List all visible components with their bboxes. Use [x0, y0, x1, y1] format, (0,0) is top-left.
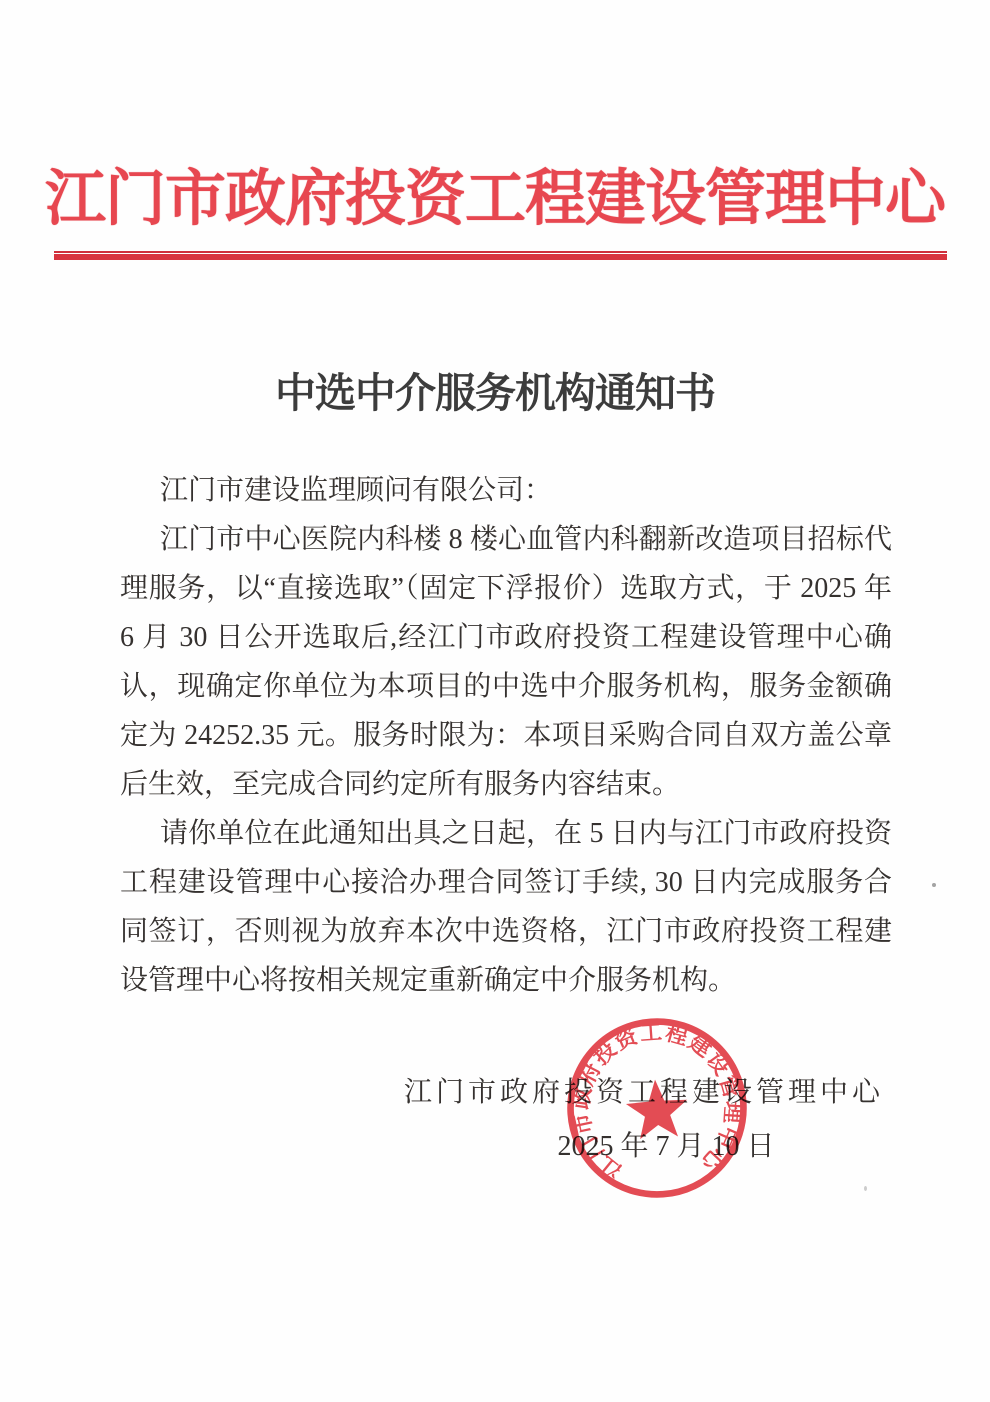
letterhead-title: 江门市政府投资工程建设管理中心 — [0, 150, 990, 237]
official-seal: 江门市政府投资工程建设管理中心 — [556, 1006, 759, 1211]
recipient-salutation: 江门市建设监理顾问有限公司： — [120, 466, 892, 515]
scan-artifact-dot — [932, 883, 936, 887]
body-paragraph: 江门市中心医院内科楼 8 楼心血管内科翻新改造项目招标代理服务，以“直接选取”（… — [120, 515, 892, 809]
scanned-notice-page: 江门市政府投资工程建设管理中心 中选中介服务机构通知书 江门市建设监理顾问有限公… — [0, 0, 990, 1402]
scan-artifact-dot — [864, 1186, 867, 1191]
letterhead-rule-divider — [54, 251, 947, 260]
document-body: 江门市建设监理顾问有限公司： 江门市中心医院内科楼 8 楼心血管内科翻新改造项目… — [120, 466, 892, 1005]
star-icon — [624, 1077, 689, 1140]
document-title: 中选中介服务机构通知书 — [0, 360, 990, 419]
body-paragraph: 请你单位在此通知出具之日起，在 5 日内与江门市政府投资工程建设管理中心接洽办理… — [120, 809, 892, 1005]
